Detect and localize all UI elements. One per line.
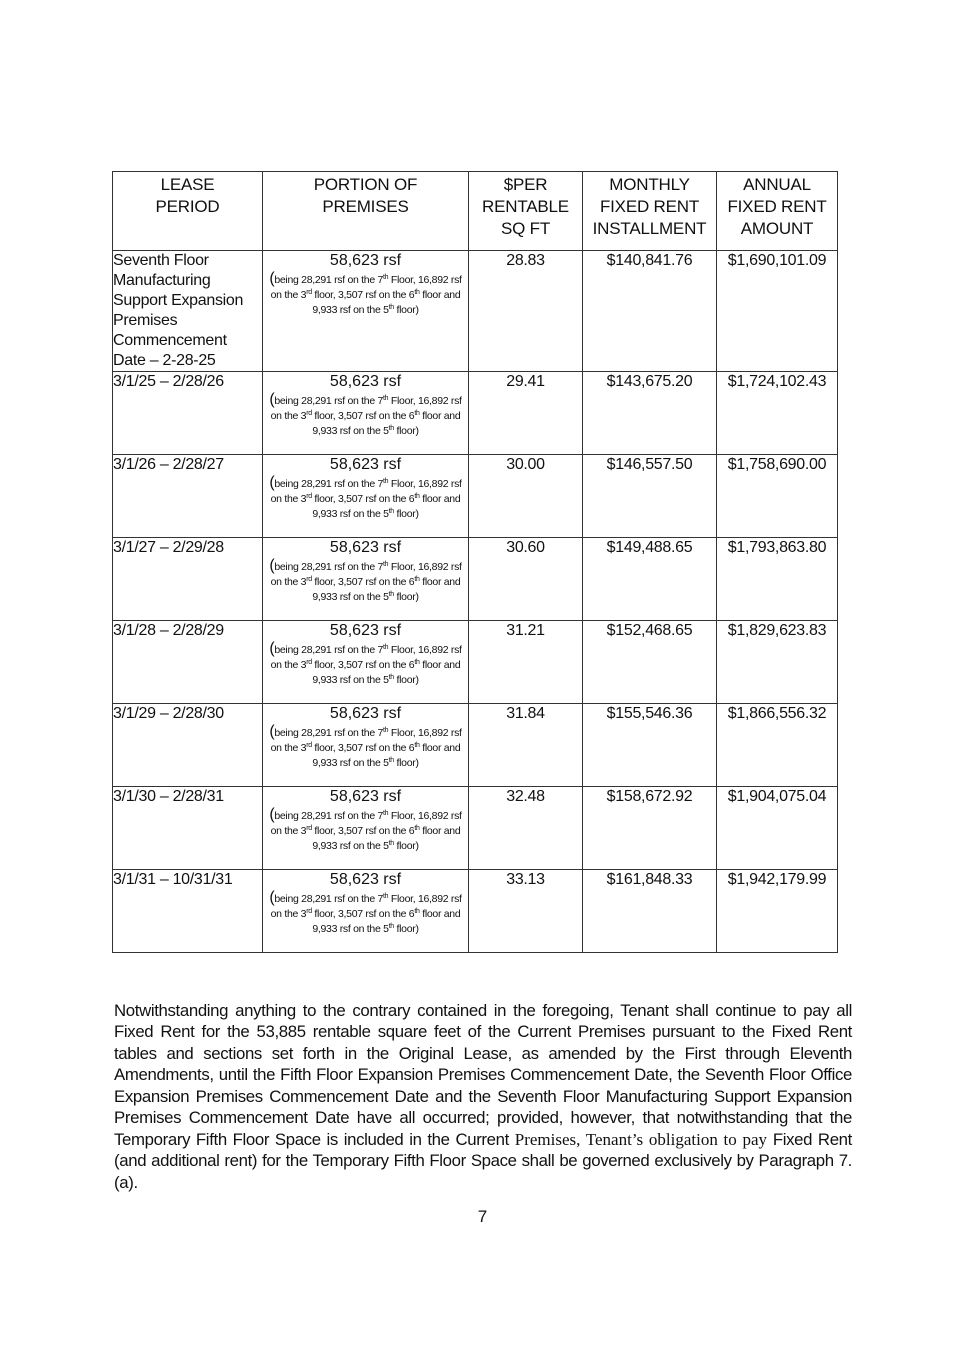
body-paragraph: Notwithstanding anything to the contrary… — [114, 1000, 852, 1194]
annual-amount-cell: $1,758,690.00 — [717, 455, 838, 538]
header-portion-of-premises: PORTION OFPREMISES — [263, 172, 469, 251]
table-row: 3/1/30 – 2/28/31 58,623 rsf (being 28,29… — [113, 787, 838, 870]
lease-period-cell: 3/1/25 – 2/28/26 — [113, 372, 263, 455]
portion-cell: 58,623 rsf (being 28,291 rsf on the 7th … — [263, 870, 469, 953]
portion-cell: 58,623 rsf (being 28,291 rsf on the 7th … — [263, 372, 469, 455]
portion-main: 58,623 rsf — [263, 251, 468, 271]
portion-detail: (being 28,291 rsf on the 7th Floor, 16,8… — [263, 641, 468, 688]
portion-detail: (being 28,291 rsf on the 7th Floor, 16,8… — [263, 724, 468, 771]
lease-period-cell: Seventh Floor Manufacturing Support Expa… — [113, 251, 263, 372]
header-per-rentable-sqft: $PERRENTABLESQ FT — [469, 172, 583, 251]
table-header-row: LEASEPERIOD PORTION OFPREMISES $PERRENTA… — [113, 172, 838, 251]
portion-cell: 58,623 rsf (being 28,291 rsf on the 7th … — [263, 621, 469, 704]
monthly-installment-cell: $155,546.36 — [583, 704, 717, 787]
portion-main: 58,623 rsf — [263, 787, 468, 807]
table-row: 3/1/31 – 10/31/31 58,623 rsf (being 28,2… — [113, 870, 838, 953]
per-sqft-cell: 30.60 — [469, 538, 583, 621]
monthly-installment-cell: $146,557.50 — [583, 455, 717, 538]
portion-main: 58,623 rsf — [263, 538, 468, 558]
annual-amount-cell: $1,793,863.80 — [717, 538, 838, 621]
portion-detail: (being 28,291 rsf on the 7th Floor, 16,8… — [263, 475, 468, 522]
per-sqft-cell: 28.83 — [469, 251, 583, 372]
portion-main: 58,623 rsf — [263, 870, 468, 890]
monthly-installment-cell: $140,841.76 — [583, 251, 717, 372]
portion-detail: (being 28,291 rsf on the 7th Floor, 16,8… — [263, 392, 468, 439]
portion-cell: 58,623 rsf (being 28,291 rsf on the 7th … — [263, 455, 469, 538]
table-row: 3/1/29 – 2/28/30 58,623 rsf (being 28,29… — [113, 704, 838, 787]
table-row: Seventh Floor Manufacturing Support Expa… — [113, 251, 838, 372]
portion-detail: (being 28,291 rsf on the 7th Floor, 16,8… — [263, 271, 468, 318]
header-annual-amount: ANNUALFIXED RENTAMOUNT — [717, 172, 838, 251]
table-row: 3/1/28 – 2/28/29 58,623 rsf (being 28,29… — [113, 621, 838, 704]
per-sqft-cell: 32.48 — [469, 787, 583, 870]
lease-period-cell: 3/1/30 – 2/28/31 — [113, 787, 263, 870]
paragraph-text-2: Premises, Tenant’s obligation to pay — [515, 1130, 767, 1149]
portion-main: 58,623 rsf — [263, 621, 468, 641]
portion-cell: 58,623 rsf (being 28,291 rsf on the 7th … — [263, 538, 469, 621]
portion-detail: (being 28,291 rsf on the 7th Floor, 16,8… — [263, 558, 468, 605]
fixed-rent-table: LEASEPERIOD PORTION OFPREMISES $PERRENTA… — [112, 171, 838, 953]
page-number: 7 — [0, 1207, 965, 1227]
annual-amount-cell: $1,904,075.04 — [717, 787, 838, 870]
monthly-installment-cell: $158,672.92 — [583, 787, 717, 870]
table-row: 3/1/27 – 2/29/28 58,623 rsf (being 28,29… — [113, 538, 838, 621]
portion-cell: 58,623 rsf (being 28,291 rsf on the 7th … — [263, 251, 469, 372]
lease-period-cell: 3/1/26 – 2/28/27 — [113, 455, 263, 538]
lease-period-cell: 3/1/27 – 2/29/28 — [113, 538, 263, 621]
document-page: LEASEPERIOD PORTION OFPREMISES $PERRENTA… — [0, 0, 965, 1365]
lease-period-cell: 3/1/28 – 2/28/29 — [113, 621, 263, 704]
lease-period-cell: 3/1/29 – 2/28/30 — [113, 704, 263, 787]
portion-cell: 58,623 rsf (being 28,291 rsf on the 7th … — [263, 787, 469, 870]
table-row: 3/1/25 – 2/28/26 58,623 rsf (being 28,29… — [113, 372, 838, 455]
portion-detail: (being 28,291 rsf on the 7th Floor, 16,8… — [263, 890, 468, 937]
annual-amount-cell: $1,724,102.43 — [717, 372, 838, 455]
monthly-installment-cell: $152,468.65 — [583, 621, 717, 704]
paragraph-text-1: Notwithstanding anything to the contrary… — [114, 1001, 852, 1149]
portion-main: 58,623 rsf — [263, 372, 468, 392]
table-row: 3/1/26 – 2/28/27 58,623 rsf (being 28,29… — [113, 455, 838, 538]
per-sqft-cell: 29.41 — [469, 372, 583, 455]
annual-amount-cell: $1,690,101.09 — [717, 251, 838, 372]
monthly-installment-cell: $161,848.33 — [583, 870, 717, 953]
portion-detail: (being 28,291 rsf on the 7th Floor, 16,8… — [263, 807, 468, 854]
per-sqft-cell: 31.21 — [469, 621, 583, 704]
per-sqft-cell: 30.00 — [469, 455, 583, 538]
header-monthly-installment: MONTHLYFIXED RENTINSTALLMENT — [583, 172, 717, 251]
annual-amount-cell: $1,829,623.83 — [717, 621, 838, 704]
header-lease-period: LEASEPERIOD — [113, 172, 263, 251]
annual-amount-cell: $1,866,556.32 — [717, 704, 838, 787]
lease-period-cell: 3/1/31 – 10/31/31 — [113, 870, 263, 953]
annual-amount-cell: $1,942,179.99 — [717, 870, 838, 953]
per-sqft-cell: 31.84 — [469, 704, 583, 787]
portion-main: 58,623 rsf — [263, 455, 468, 475]
monthly-installment-cell: $143,675.20 — [583, 372, 717, 455]
per-sqft-cell: 33.13 — [469, 870, 583, 953]
monthly-installment-cell: $149,488.65 — [583, 538, 717, 621]
portion-main: 58,623 rsf — [263, 704, 468, 724]
portion-cell: 58,623 rsf (being 28,291 rsf on the 7th … — [263, 704, 469, 787]
